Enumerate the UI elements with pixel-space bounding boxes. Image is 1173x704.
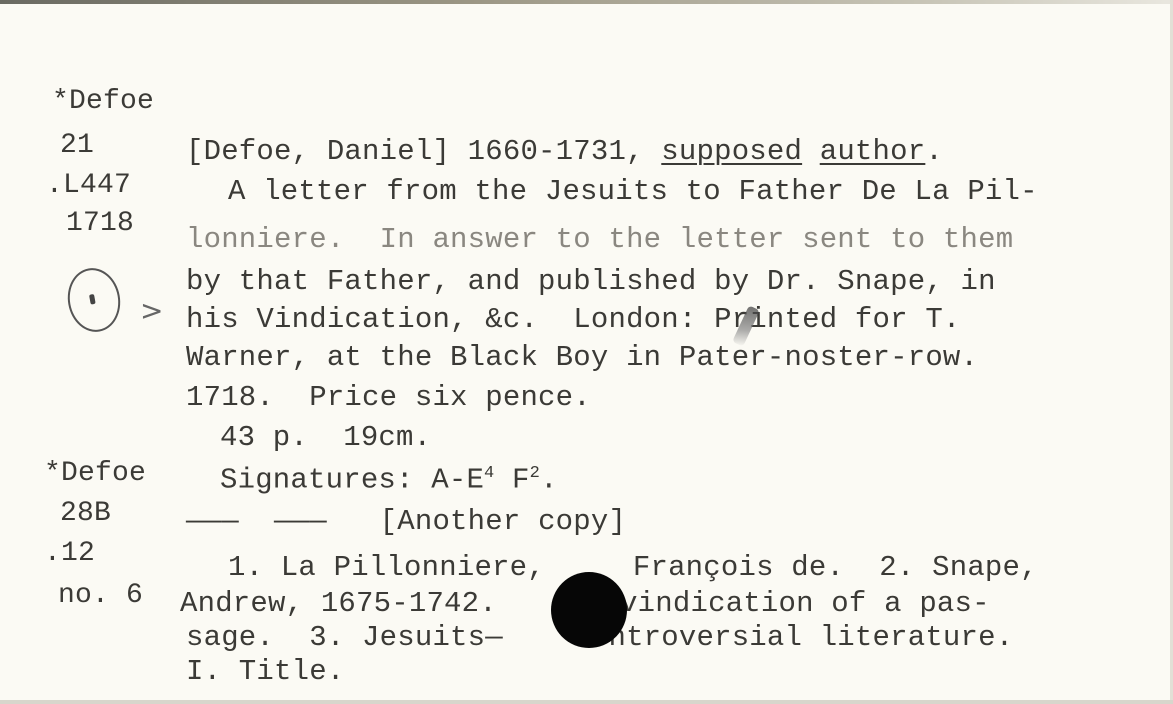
title-line-1: A letter from the Jesuits to Father De L… <box>228 174 1038 210</box>
call-number-2-line-3: .12 <box>44 536 95 572</box>
call-number-line-1: *Defoe <box>52 84 154 120</box>
call-number-line-4: 1718 <box>66 206 134 242</box>
punched-hole <box>551 572 627 648</box>
role-supposed: supposed <box>661 135 802 168</box>
heading-period: . <box>925 135 943 168</box>
call-number-2-line-4: no. 6 <box>58 578 143 614</box>
call-number-line-3: .L447 <box>46 168 131 204</box>
handwritten-circle-mark-icon <box>63 264 125 336</box>
author-heading: [Defoe, Daniel] 1660-1731, supposed auth… <box>186 134 943 170</box>
another-copy-line: ——— ——— [Another copy] <box>186 504 626 540</box>
signatures: Signatures: A-E4 F2. <box>220 456 558 499</box>
signatures-sup-1: 4 <box>484 464 494 483</box>
collation: 43 p. 19cm. <box>220 420 431 456</box>
signatures-end: . <box>540 464 558 497</box>
imprint-line-1: Warner, at the Black Boy in Pater-noster… <box>186 340 978 376</box>
tracing-line-1: 1. La Pillonniere, François de. 2. Snape… <box>228 550 1038 586</box>
card-bottom-edge <box>0 700 1173 704</box>
handwritten-arrow-icon: > <box>140 294 163 327</box>
another-copy-text: [Another copy] <box>380 505 626 538</box>
tracing-line-4: I. Title. <box>186 654 344 690</box>
title-line-2: lonniere. In answer to the letter sent t… <box>186 222 1013 258</box>
signatures-mid: F <box>494 464 529 497</box>
signatures-sup-2: 2 <box>530 464 540 483</box>
another-copy-dashes: ——— ——— <box>186 505 327 538</box>
role-author: author <box>820 135 926 168</box>
signatures-label: Signatures: A-E <box>220 464 484 497</box>
title-line-3: by that Father, and published by Dr. Sna… <box>186 264 996 300</box>
card-top-edge <box>0 0 1173 4</box>
call-number-line-2: 21 <box>60 128 94 164</box>
circle-dot <box>89 294 96 305</box>
author-name: [Defoe, Daniel] 1660-1731, <box>186 135 661 168</box>
imprint-line-2: 1718. Price six pence. <box>186 380 591 416</box>
call-number-2-line-2: 28B <box>60 496 111 532</box>
call-number-2-line-1: *Defoe <box>44 456 146 492</box>
title-line-4: his Vindication, &c. London: Printed for… <box>186 302 961 338</box>
